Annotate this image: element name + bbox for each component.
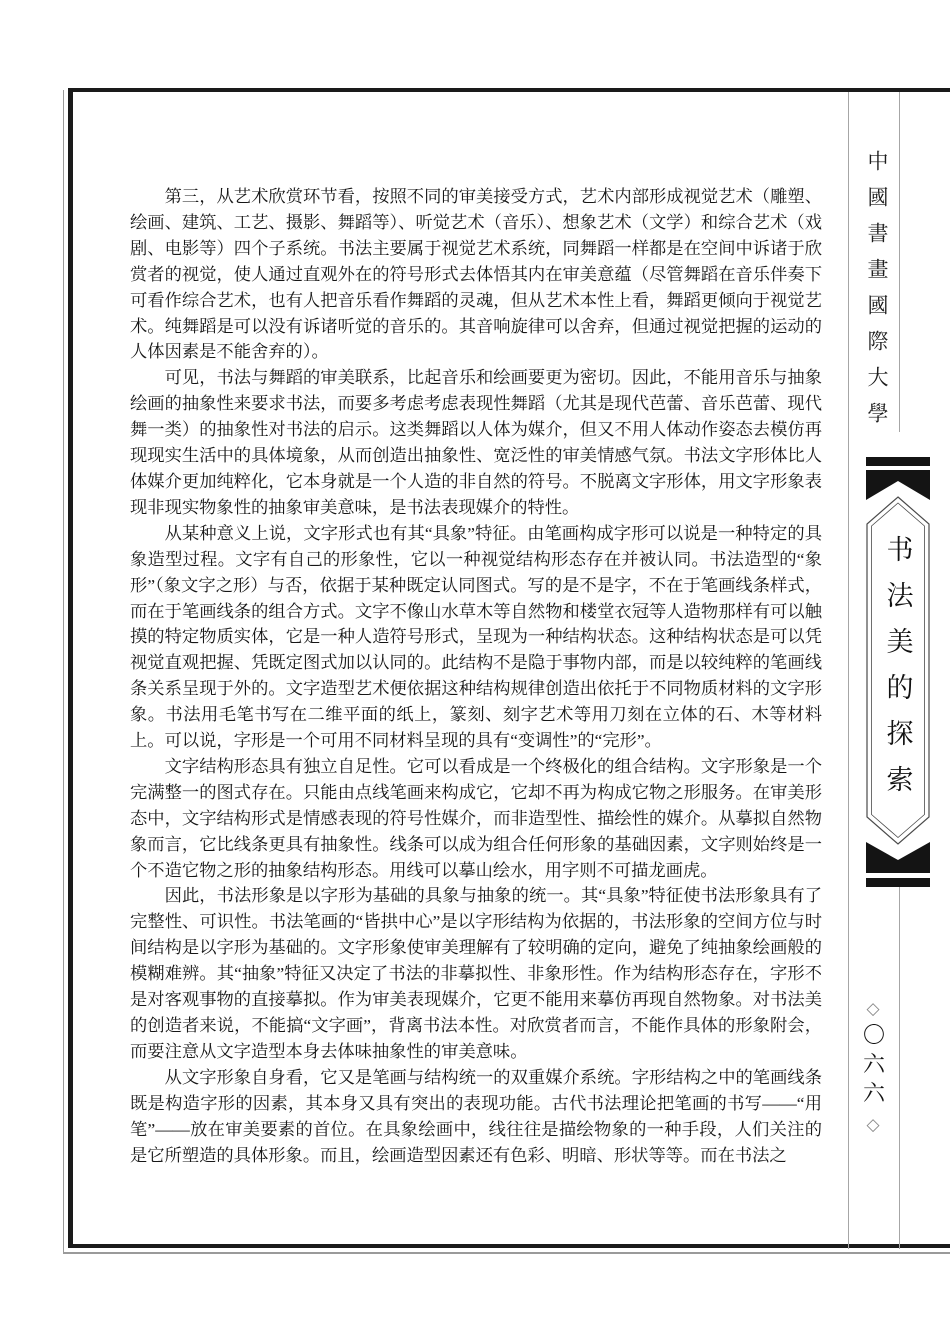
sidebar-divider-line xyxy=(848,92,849,1249)
paragraph-6: 从文字形象自身看，它又是笔画与结构统一的双重媒介系统。字形结构之中的笔画线条既是… xyxy=(130,1065,822,1169)
ribbon-banner-top xyxy=(866,470,930,500)
body-text-block: 第三，从艺术欣赏环节看，按照不同的审美接受方式，艺术内部形成视觉艺术（雕塑、绘画… xyxy=(130,184,822,1168)
paragraph-5: 因此，书法形象是以字形为基础的具象与抽象的统一。其“具象”特征使书法形象具有了完… xyxy=(130,883,822,1064)
running-head-title: 中國書畫國際大學 xyxy=(862,150,892,438)
frame-shadow-bottom xyxy=(63,1252,950,1254)
book-page: 第三，从艺术欣赏环节看，按照不同的审美接受方式，艺术内部形成视觉艺术（雕塑、绘画… xyxy=(0,0,950,1344)
ribbon-bar-bottom xyxy=(866,878,930,887)
chapter-title: 书法美的探索 xyxy=(879,535,918,811)
frame-shadow-left xyxy=(63,90,64,1253)
ribbon-bar-top xyxy=(866,457,930,466)
paragraph-2: 可见，书法与舞蹈的审美联系，比起音乐和绘画要更为密切。因此，不能用音乐与抽象绘画… xyxy=(130,365,822,520)
chapter-title-ribbon: 书法美的探索 xyxy=(866,457,930,887)
ribbon-banner-bottom xyxy=(866,842,930,873)
folio-block: ◇ 〇六六 ◇ xyxy=(853,1000,893,1133)
sidebar-right-rule-bottom xyxy=(899,887,900,1249)
page-number: 〇六六 xyxy=(858,1023,889,1110)
paragraph-4: 文字结构形态具有独立自足性。它可以看成是一个终极化的组合结构。文字形象是一个完满… xyxy=(130,754,822,884)
paragraph-1: 第三，从艺术欣赏环节看，按照不同的审美接受方式，艺术内部形成视觉艺术（雕塑、绘画… xyxy=(130,184,822,365)
diamond-icon: ◇ xyxy=(866,1000,879,1017)
diamond-icon: ◇ xyxy=(866,1116,879,1133)
paragraph-3: 从某种意义上说，文字形式也有其“具象”特征。由笔画构成字形可以说是一种特定的具象… xyxy=(130,521,822,754)
sidebar-right-rule-top xyxy=(899,92,900,432)
